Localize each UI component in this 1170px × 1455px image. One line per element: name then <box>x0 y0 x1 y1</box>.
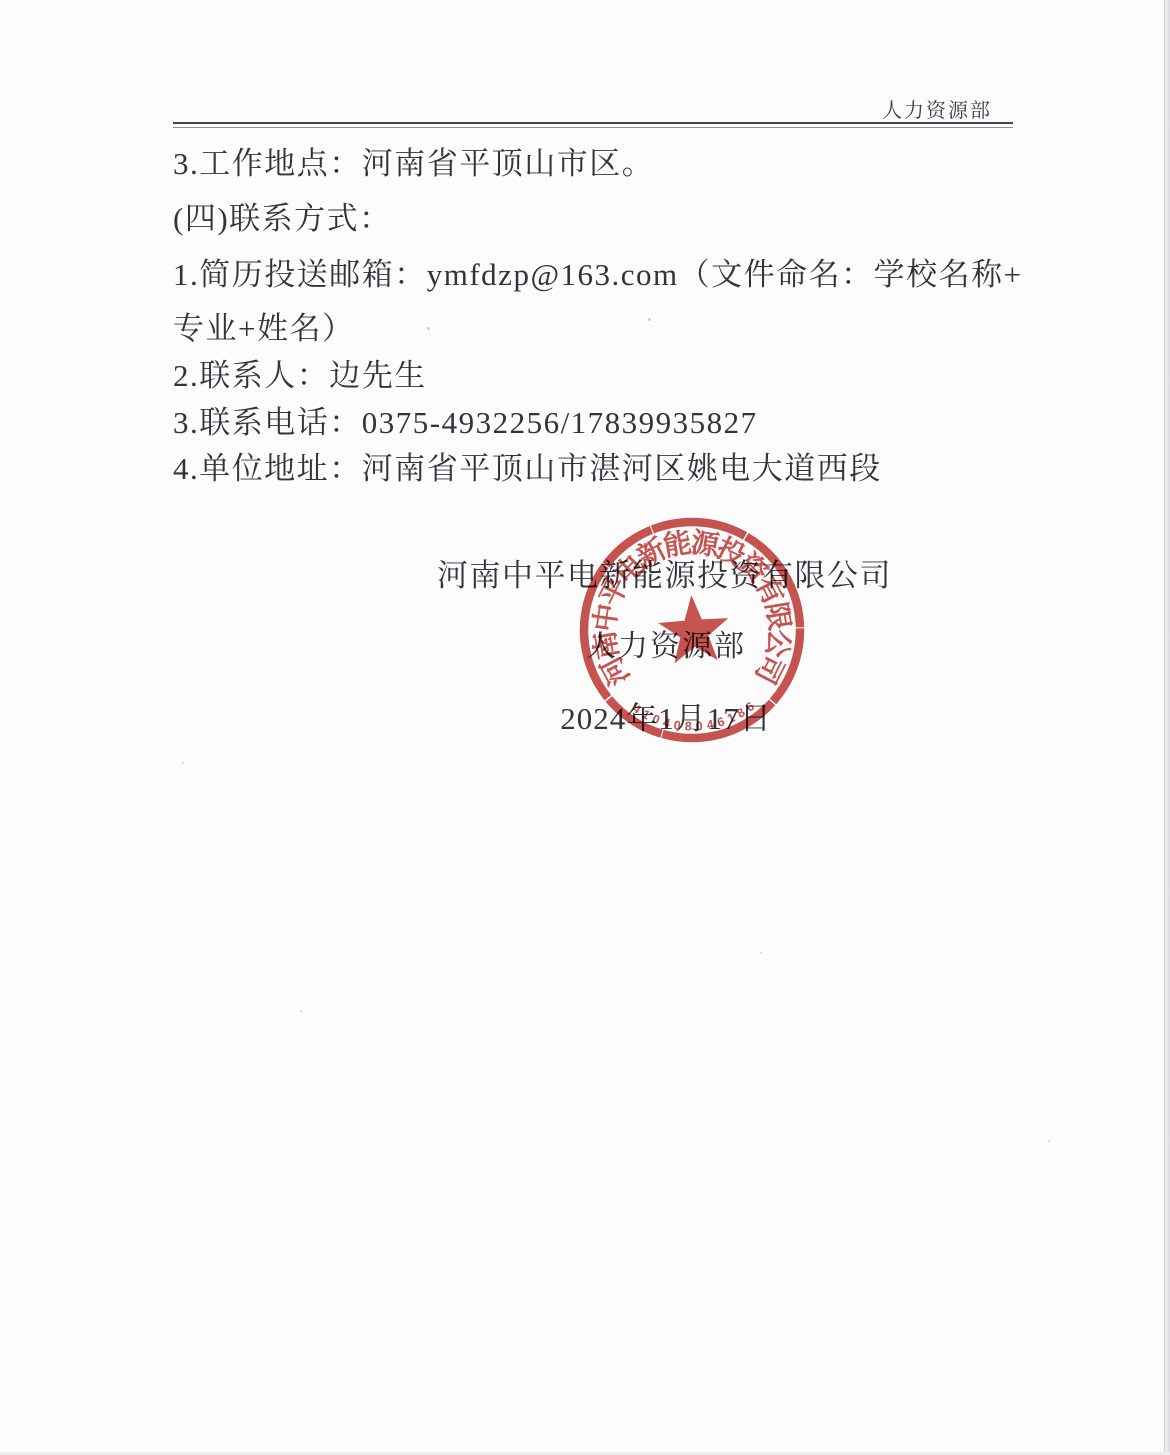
scan-artifact <box>1048 1140 1050 1142</box>
body-line: 1.简历投送邮箱：ymfdzp@163.com（文件命名：学校名称+ <box>173 249 1023 294</box>
scan-artifact <box>427 327 430 330</box>
svg-text:4: 4 <box>661 715 671 730</box>
body-line: 专业+姓名） <box>173 303 354 348</box>
page-header-department: 人力资源部 <box>882 94 992 123</box>
svg-text:6: 6 <box>743 699 757 714</box>
scanned-document-page: 人力资源部 3.工作地点：河南省平顶山市区。 (四)联系方式： 1.简历投送邮箱… <box>0 0 1170 1455</box>
svg-text:1: 1 <box>725 710 737 726</box>
page-edge <box>1165 0 1170 1455</box>
svg-text:4: 4 <box>705 717 714 732</box>
body-line: (四)联系方式： <box>173 193 392 238</box>
scan-artifact <box>760 952 762 954</box>
body-line: 4.单位地址：河南省平顶山市湛河区姚电大道西段 <box>173 443 882 488</box>
header-rule <box>173 122 1013 128</box>
svg-text:8: 8 <box>684 719 692 733</box>
svg-text:6: 6 <box>715 714 726 729</box>
seal-star <box>658 595 728 663</box>
svg-text:1: 1 <box>640 707 653 723</box>
svg-text:0: 0 <box>673 718 682 733</box>
company-seal-stamp: 河南中平电新能源投资有限公司410408046186 <box>552 490 832 770</box>
scan-artifact <box>182 762 184 764</box>
scan-artifact <box>300 1010 302 1012</box>
body-line: 3.工作地点：河南省平顶山市区。 <box>173 138 654 183</box>
body-line: 2.联系人：边先生 <box>173 350 427 395</box>
svg-text:0: 0 <box>695 719 703 733</box>
body-line: 3.联系电话：0375-4932256/17839935827 <box>173 397 758 442</box>
page-edge <box>1164 0 1165 1455</box>
svg-text:0: 0 <box>650 712 662 728</box>
scan-artifact <box>648 318 651 321</box>
